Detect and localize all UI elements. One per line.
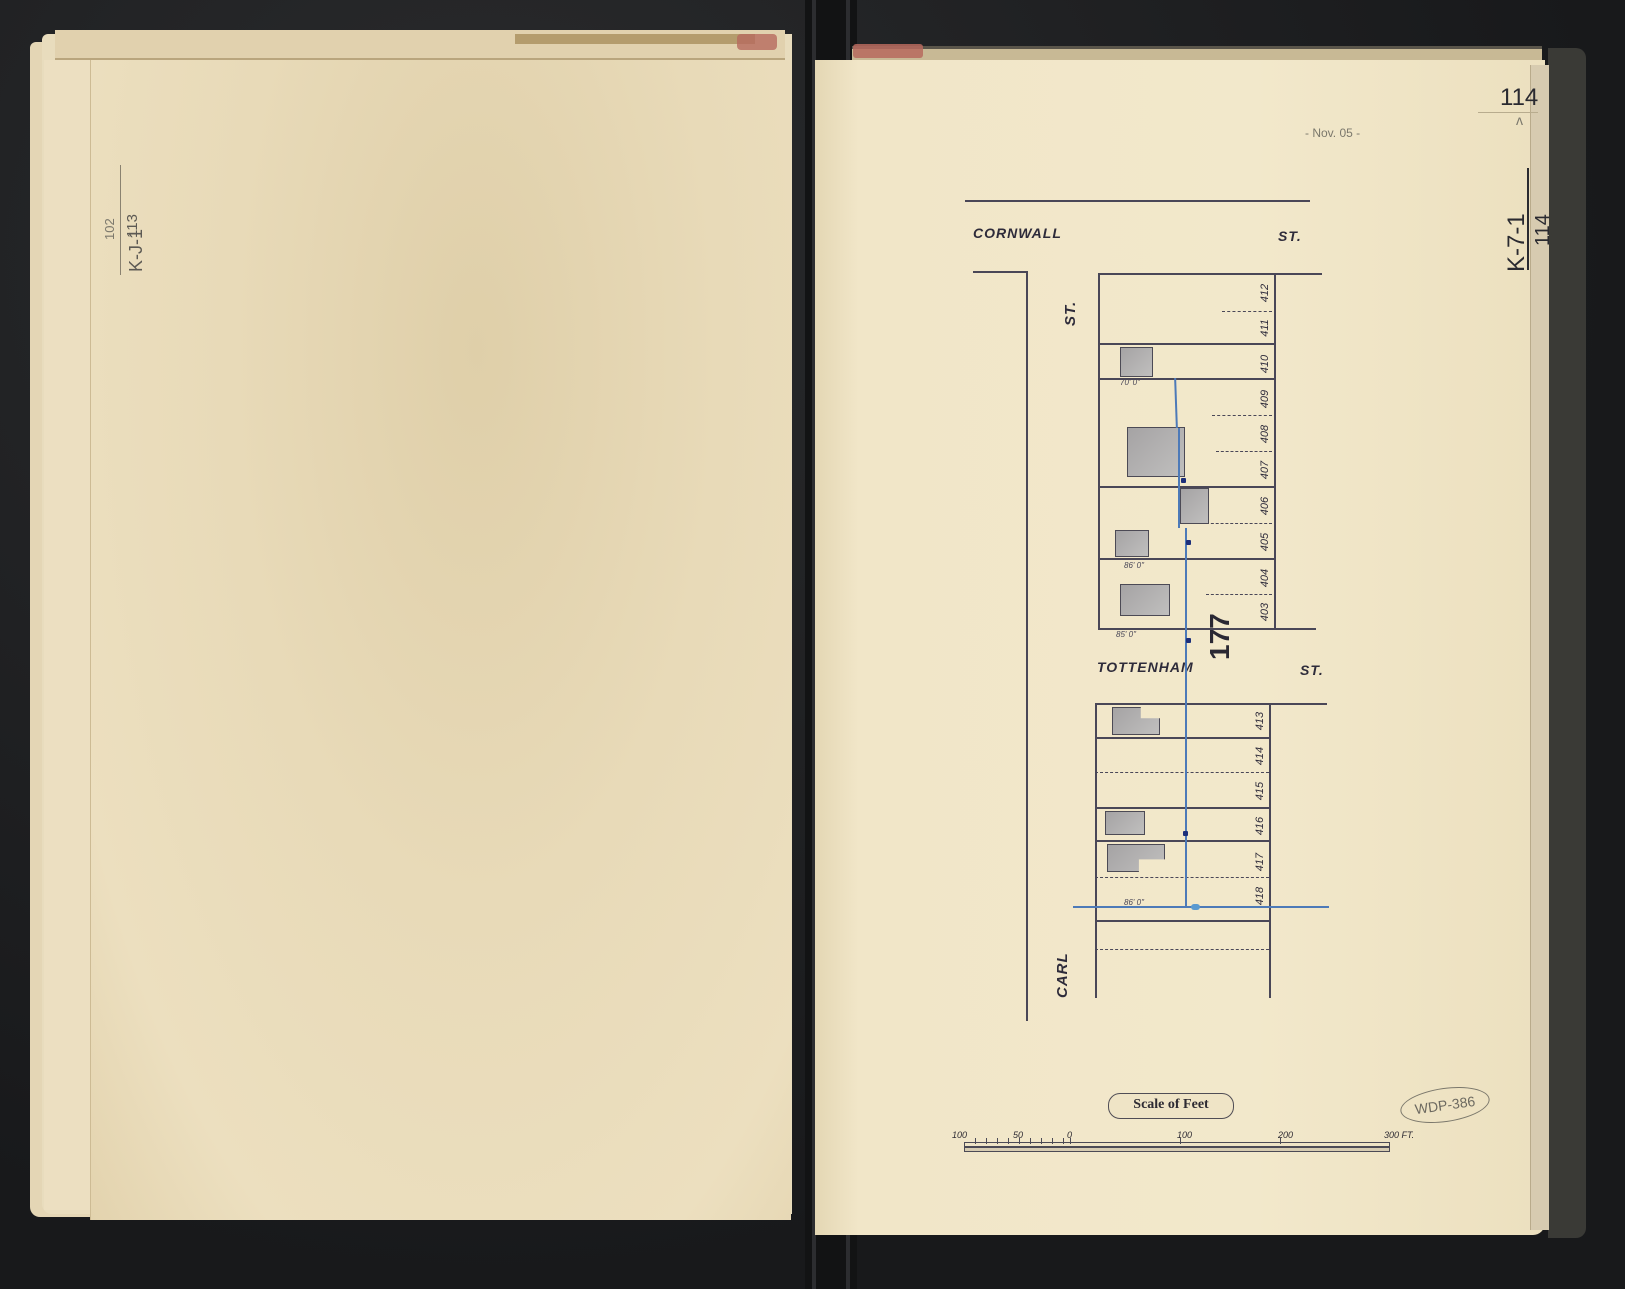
lot-number: 417 [1254, 847, 1266, 877]
manhole-marker [1191, 904, 1200, 910]
index-ref-divider [1527, 168, 1529, 270]
lot-number: 403 [1259, 597, 1271, 627]
scale-tick [1070, 1138, 1071, 1144]
lot-number: 412 [1259, 278, 1271, 308]
page-number: 114 [1500, 84, 1538, 112]
scale-label: 300 FT. [1384, 1130, 1414, 1140]
building [1180, 488, 1209, 524]
lot-line [1095, 807, 1270, 809]
dimension-label: 70' 0" [1120, 378, 1140, 387]
sewer-line [1185, 528, 1187, 908]
building [1120, 584, 1170, 616]
lot-dashed-line [1095, 949, 1269, 950]
upper-block-east-line [1274, 273, 1276, 629]
sewer-plan-map: 114 ʌ - Nov. 05 - K-7-1 114 CORNWALL ST.… [0, 0, 1625, 1289]
scale-bar [964, 1142, 1390, 1152]
dimension-label: 86' 0" [1124, 561, 1144, 570]
scale-tick [975, 1138, 976, 1144]
scale-label: 100 [952, 1130, 967, 1140]
lot-number: 407 [1259, 455, 1271, 485]
scale-tick [986, 1138, 987, 1144]
archive-stamp: WDP-386 [1398, 1082, 1492, 1128]
scale-tick [997, 1138, 998, 1144]
lot-dashed-line [1216, 451, 1272, 452]
scale-tick [1180, 1138, 1181, 1144]
lot-number: 404 [1259, 563, 1271, 593]
carl-street-west-line [1026, 271, 1028, 1021]
sewer-line-cross [1073, 906, 1329, 908]
tottenham-street-south-line [1095, 703, 1327, 705]
lot-line [1095, 920, 1270, 922]
lot-number: 406 [1259, 491, 1271, 521]
lot-number: 414 [1254, 741, 1266, 771]
lot-number: 405 [1259, 527, 1271, 557]
manhole-marker [1181, 478, 1186, 483]
lot-number: 410 [1259, 349, 1271, 379]
block-number: 177 [1204, 613, 1236, 660]
scale-tick [1030, 1138, 1031, 1144]
index-ref-bottom: 114 [1532, 214, 1555, 246]
scale-title: Scale of Feet [1108, 1093, 1234, 1119]
lot-number: 411 [1259, 313, 1271, 343]
street-label-cornwall: CORNWALL [973, 225, 1062, 241]
street-label-carl: CARL [1054, 952, 1071, 998]
page-number-mark: ʌ [1516, 112, 1523, 128]
cornwall-street-south-line-east [1099, 273, 1322, 275]
lot-dashed-line [1095, 772, 1269, 773]
building [1127, 427, 1185, 477]
date-note: - Nov. 05 - [1305, 126, 1360, 140]
scale-tick [1041, 1138, 1042, 1144]
lot-line [1095, 737, 1270, 739]
scale-tick [1052, 1138, 1053, 1144]
lot-dashed-line [1095, 877, 1269, 878]
scale-label: 50 [1013, 1130, 1023, 1140]
building [1112, 707, 1160, 735]
lot-line [1098, 343, 1275, 345]
lot-dashed-line [1206, 523, 1272, 524]
cornwall-street-south-line-west [973, 271, 1028, 273]
lot-line [1098, 558, 1275, 560]
building [1115, 530, 1149, 557]
cornwall-street-north-line [965, 200, 1310, 202]
lower-block-east-line [1269, 703, 1271, 998]
manhole-marker [1186, 540, 1191, 545]
lot-number: 413 [1254, 706, 1266, 736]
sewer-line [1178, 428, 1180, 528]
dimension-label: 85' 0" [1116, 630, 1136, 639]
scale-tick [1008, 1138, 1009, 1144]
scale-tick [1019, 1138, 1020, 1144]
manhole-marker [1183, 831, 1188, 836]
lot-line [1095, 840, 1270, 842]
manhole-marker [1186, 638, 1191, 643]
lot-number: 409 [1259, 384, 1271, 414]
sewer-line [1174, 378, 1177, 428]
lower-block-west-line [1095, 703, 1097, 998]
street-label-side-st: ST. [1062, 301, 1079, 326]
lot-number: 408 [1259, 419, 1271, 449]
lot-dashed-line [1206, 594, 1272, 595]
lot-number: 416 [1254, 811, 1266, 841]
scale-tick [1063, 1138, 1064, 1144]
lot-dashed-line [1212, 415, 1272, 416]
page-number-rule [1478, 112, 1538, 113]
building [1105, 811, 1145, 835]
building [1107, 844, 1165, 872]
upper-block-west-line [1098, 273, 1100, 629]
lot-number: 415 [1254, 776, 1266, 806]
building [1120, 347, 1153, 377]
scale-tick [1280, 1138, 1281, 1144]
street-label-tottenham-st: ST. [1300, 662, 1324, 678]
street-label-tottenham: TOTTENHAM [1097, 659, 1194, 675]
lot-dashed-line [1222, 311, 1272, 312]
street-label-cornwall-st: ST. [1278, 228, 1302, 244]
